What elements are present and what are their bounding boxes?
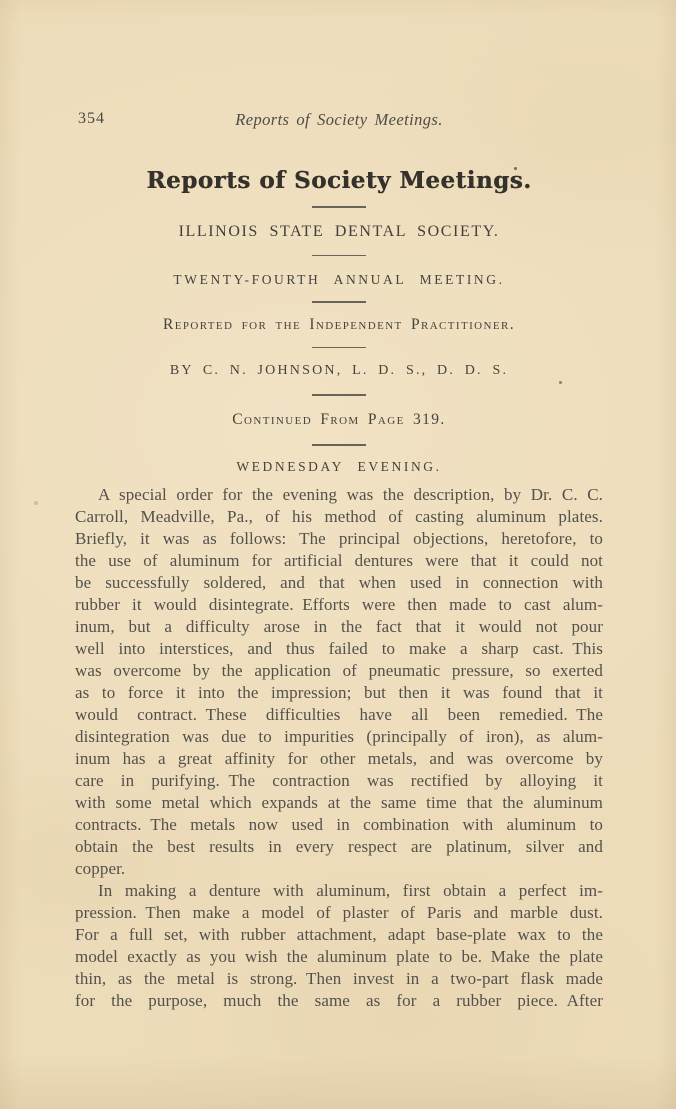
reported-for-line: Reported for the Independent Practitione… <box>75 316 603 334</box>
separator-rule <box>312 206 366 208</box>
scanned-book-page: 354 Reports of Society Meetings. Reports… <box>0 0 676 1109</box>
text-line: was overcome by the application of pneum… <box>75 660 603 682</box>
society-heading: ILLINOIS STATE DENTAL SOCIETY. <box>75 222 603 241</box>
separator-rule <box>312 347 366 349</box>
text-line: be successfully soldered, and that when … <box>75 572 603 594</box>
text-line: for the purpose, much the same as for a … <box>75 990 603 1012</box>
text-line: contracts. The metals now used in combin… <box>75 814 603 836</box>
section-title: Reports of Society Meetings. <box>75 168 603 194</box>
text-line: as to force it into the impression; but … <box>75 682 603 704</box>
separator-rule <box>312 301 366 303</box>
running-head: Reports of Society Meetings. <box>75 110 603 130</box>
article-front-matter: Reports of Society Meetings. ILLINOIS ST… <box>75 168 603 475</box>
text-line: Briefly, it was as follows: The principa… <box>75 528 603 550</box>
text-line: would contract. These difficulties have … <box>75 704 603 726</box>
text-line: the use of aluminum for artificial dentu… <box>75 550 603 572</box>
ink-speck <box>34 501 38 505</box>
page-number: 354 <box>78 110 105 128</box>
text-line: inum has a great affinity for other meta… <box>75 748 603 770</box>
text-line: In making a denture with aluminum, first… <box>75 880 603 902</box>
text-column: 354 Reports of Society Meetings. Reports… <box>75 0 603 1012</box>
text-line: For a full set, with rubber attachment, … <box>75 924 603 946</box>
text-line: obtain the best results in every respect… <box>75 836 603 858</box>
continued-from-line: Continued From Page 319. <box>75 411 603 429</box>
page-header: 354 Reports of Society Meetings. <box>75 110 603 130</box>
text-line: copper. <box>75 858 603 880</box>
separator-rule <box>312 394 366 396</box>
meeting-heading: TWENTY-FOURTH ANNUAL MEETING. <box>75 271 603 288</box>
text-line: rubber it would disintegrate. Efforts we… <box>75 594 603 616</box>
text-line: A special order for the evening was the … <box>75 484 603 506</box>
session-heading: WEDNESDAY EVENING. <box>75 458 603 475</box>
paragraph: A special order for the evening was the … <box>75 484 603 880</box>
text-line: well into interstices, and thus failed t… <box>75 638 603 660</box>
text-line: care in purifying. The contraction was r… <box>75 770 603 792</box>
text-line: model exactly as you wish the aluminum p… <box>75 946 603 968</box>
text-line: thin, as the metal is strong. Then inves… <box>75 968 603 990</box>
text-line: pression. Then make a model of plaster o… <box>75 902 603 924</box>
text-line: with some metal which expands at the sam… <box>75 792 603 814</box>
article-body: A special order for the evening was the … <box>75 484 603 1012</box>
text-line: disintegration was due to impurities (pr… <box>75 726 603 748</box>
author-byline: BY C. N. JOHNSON, L. D. S., D. D. S. <box>75 362 603 379</box>
separator-rule <box>312 444 366 446</box>
text-line: inum, but a difficulty arose in the fact… <box>75 616 603 638</box>
text-line: Carroll, Meadville, Pa., of his method o… <box>75 506 603 528</box>
separator-rule <box>312 255 366 257</box>
paragraph: In making a denture with aluminum, first… <box>75 880 603 1012</box>
